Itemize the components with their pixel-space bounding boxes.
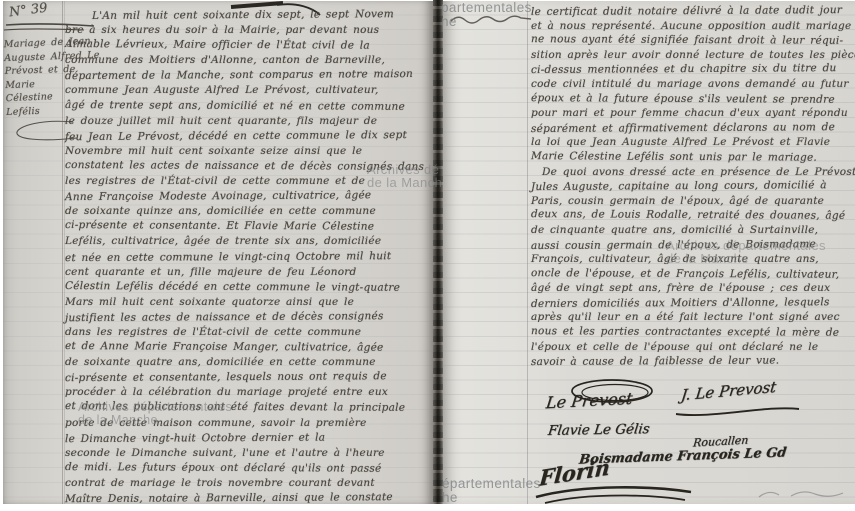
manuscript-line: et à nous représenté. Aucune opposition … (531, 19, 855, 34)
manuscript-line: Mars mil huit cent soixante quatorze ain… (65, 295, 433, 310)
manuscript-line: le certificat dudit notaire délivré à la… (531, 3, 855, 20)
manuscript-line: ne nous ayant été signifiée faisant droi… (531, 32, 855, 48)
manuscript-line: et dont les publications ont été faites … (65, 399, 433, 416)
manuscript-line: feu Jean Le Prévost, décédé en cette com… (65, 128, 433, 145)
margin-annotation: Mariage de JeanAuguste Alfred LePrévost … (4, 36, 67, 120)
margin-rule-line (527, 1, 528, 504)
manuscript-line: et de Anne Marie Françoise Manger, culti… (65, 339, 433, 356)
manuscript-line: pour mari et pour femme chacun d'eux aya… (531, 106, 855, 121)
manuscript-line: après qu'il leur en a été fait lecture l… (531, 310, 855, 325)
manuscript-line: le douze juillet mil huit cent quarante,… (65, 114, 433, 129)
left-page: N° 39 Mariage de JeanAuguste Alfred LePr… (3, 1, 433, 504)
margin-annotation-line: Prévost et de (5, 63, 65, 78)
manuscript-line: Novembre mil huit cent soixante seize ai… (65, 144, 433, 159)
manuscript-line: le Dimanche vingt-huit Octobre dernier e… (65, 429, 433, 446)
binding-texture (433, 0, 443, 504)
manuscript-line: époux et à la future épouse s'ils veulen… (531, 91, 855, 107)
manuscript-line: aussi cousin germain de l'époux, de Bois… (531, 236, 855, 253)
manuscript-line: Paris, cousin germain de l'époux, âgé de… (531, 194, 855, 209)
manuscript-line: contrat de mariage le trois novembre cou… (65, 476, 433, 491)
manuscript-line: deux ans, de Louis Rodalle, retraité des… (531, 207, 855, 223)
manuscript-line: cent quarante et un, fille majeure de fe… (65, 265, 433, 280)
margin-annotation-line: Lefélis (6, 104, 66, 120)
signature-mayor: Florin (538, 454, 611, 491)
manuscript-line: l'époux et celle de l'épouse qui ont déc… (531, 340, 855, 355)
act-number: N° 39 (8, 1, 48, 20)
manuscript-line: Maître Denis, notaire à Barneville, ains… (65, 490, 433, 504)
manuscript-line: Anne Françoise Modeste Avoinage, cultiva… (65, 188, 433, 205)
manuscript-line: derniers domiciliés aux Moitiers d'Allon… (531, 295, 855, 312)
manuscript-line: dans les registres de l'État-civil de ce… (65, 325, 433, 340)
right-page: le certificat dudit notaire délivré à la… (443, 1, 855, 504)
book-binding (433, 0, 443, 504)
manuscript-line: constatent les actes de naissance et de … (65, 158, 433, 175)
manuscript-line: ci-présente et consentante. Et Flavie Ma… (65, 218, 433, 235)
manuscript-line: ci-présente et consentante, lesquels nou… (65, 369, 433, 386)
manuscript-line: bre à six heures du soir à la Mairie, pa… (65, 23, 433, 38)
manuscript-line: département de la Manche, sont comparus … (65, 67, 433, 84)
manuscript-line: L'An mil huit cent soixante dix sept, le… (65, 7, 433, 24)
pencil-marks (755, 487, 847, 503)
manuscript-line: Célestin Lefélis décédé en cette commune… (65, 279, 433, 296)
manuscript-line: séparément et affirmativement déclarons … (531, 120, 855, 137)
right-page-text: le certificat dudit notaire délivré à la… (531, 4, 855, 369)
manuscript-line: commune des Moitiers d'Allonne, canton d… (65, 53, 433, 68)
manuscript-line: justifient les actes de naissance et de … (65, 309, 433, 326)
manuscript-line: sition après leur avoir donné lecture de… (531, 48, 855, 63)
manuscript-line: Marie Célestine Lefélis sont unis par le… (531, 149, 855, 165)
manuscript-line: François, cultivateur, âgé de soixante q… (531, 252, 855, 267)
manuscript-line: Lefélis, cultivatrice, âgée de trente si… (65, 234, 433, 249)
manuscript-line: savoir à cause de la faiblesse de leur v… (531, 353, 855, 370)
manuscript-line: les registres de l'État-civil de cette c… (65, 174, 433, 189)
scan-border-bottom (0, 504, 855, 511)
manuscript-line: âgé de trente sept ans, domicilié et né … (65, 98, 433, 115)
manuscript-line: Aimable Lévrieux, Maire officier de l'Ét… (65, 37, 433, 54)
manuscript-line: la loi que Jean Auguste Alfred Le Prévos… (531, 135, 855, 150)
manuscript-line: procéder à la célébration du mariage pro… (65, 385, 433, 400)
manuscript-line: oncle de l'épouse, et de François Leféli… (531, 266, 855, 282)
manuscript-line: Jules Auguste, capitaine au long cours, … (531, 178, 855, 195)
manuscript-line: ci-dessus mentionnées et du chapitre six… (531, 61, 855, 78)
left-page-text: L'An mil huit cent soixante dix sept, le… (65, 8, 433, 504)
document-scan: N° 39 Mariage de JeanAuguste Alfred LePr… (0, 0, 855, 511)
ink-flourish-squiggle (449, 10, 533, 28)
signature-witness-j-le-prevost: J. Le Prevost (680, 378, 777, 405)
manuscript-line: nous et les parties contractantes except… (531, 324, 855, 340)
manuscript-line: de soixante quatre ans, domiciliée en ce… (65, 355, 433, 370)
manuscript-line: porte de cette maison commune, savoir la… (65, 416, 433, 431)
manuscript-line: de cinquante quatre ans, domicilié à Sur… (531, 223, 855, 238)
signature-bride: Flavie Le Gélis (547, 421, 651, 439)
manuscript-line: âgé de vingt sept ans, frère de l'épouse… (531, 281, 855, 296)
manuscript-line: commune Jean Auguste Alfred Le Prévost, … (65, 83, 433, 98)
manuscript-line: et née en cette commune le vingt-cinq Oc… (65, 248, 433, 265)
scan-border-left (0, 0, 3, 511)
manuscript-line: de midi. Les futurs époux ont déclaré qu… (65, 460, 433, 477)
manuscript-line: de soixante quinze ans, domiciliée en ce… (65, 204, 433, 219)
signature-groom: Le Prevost (545, 389, 634, 413)
manuscript-line: code civil intitulé du mariage avons dem… (531, 77, 855, 92)
signature-underline-flourish (673, 403, 803, 419)
manuscript-line: seconde le Dimanche suivant, l'une et l'… (65, 446, 433, 461)
margin-annotation-line: Mariage de Jean (4, 36, 65, 52)
manuscript-line: De quoi avons dressé acte en présence de… (531, 165, 855, 180)
